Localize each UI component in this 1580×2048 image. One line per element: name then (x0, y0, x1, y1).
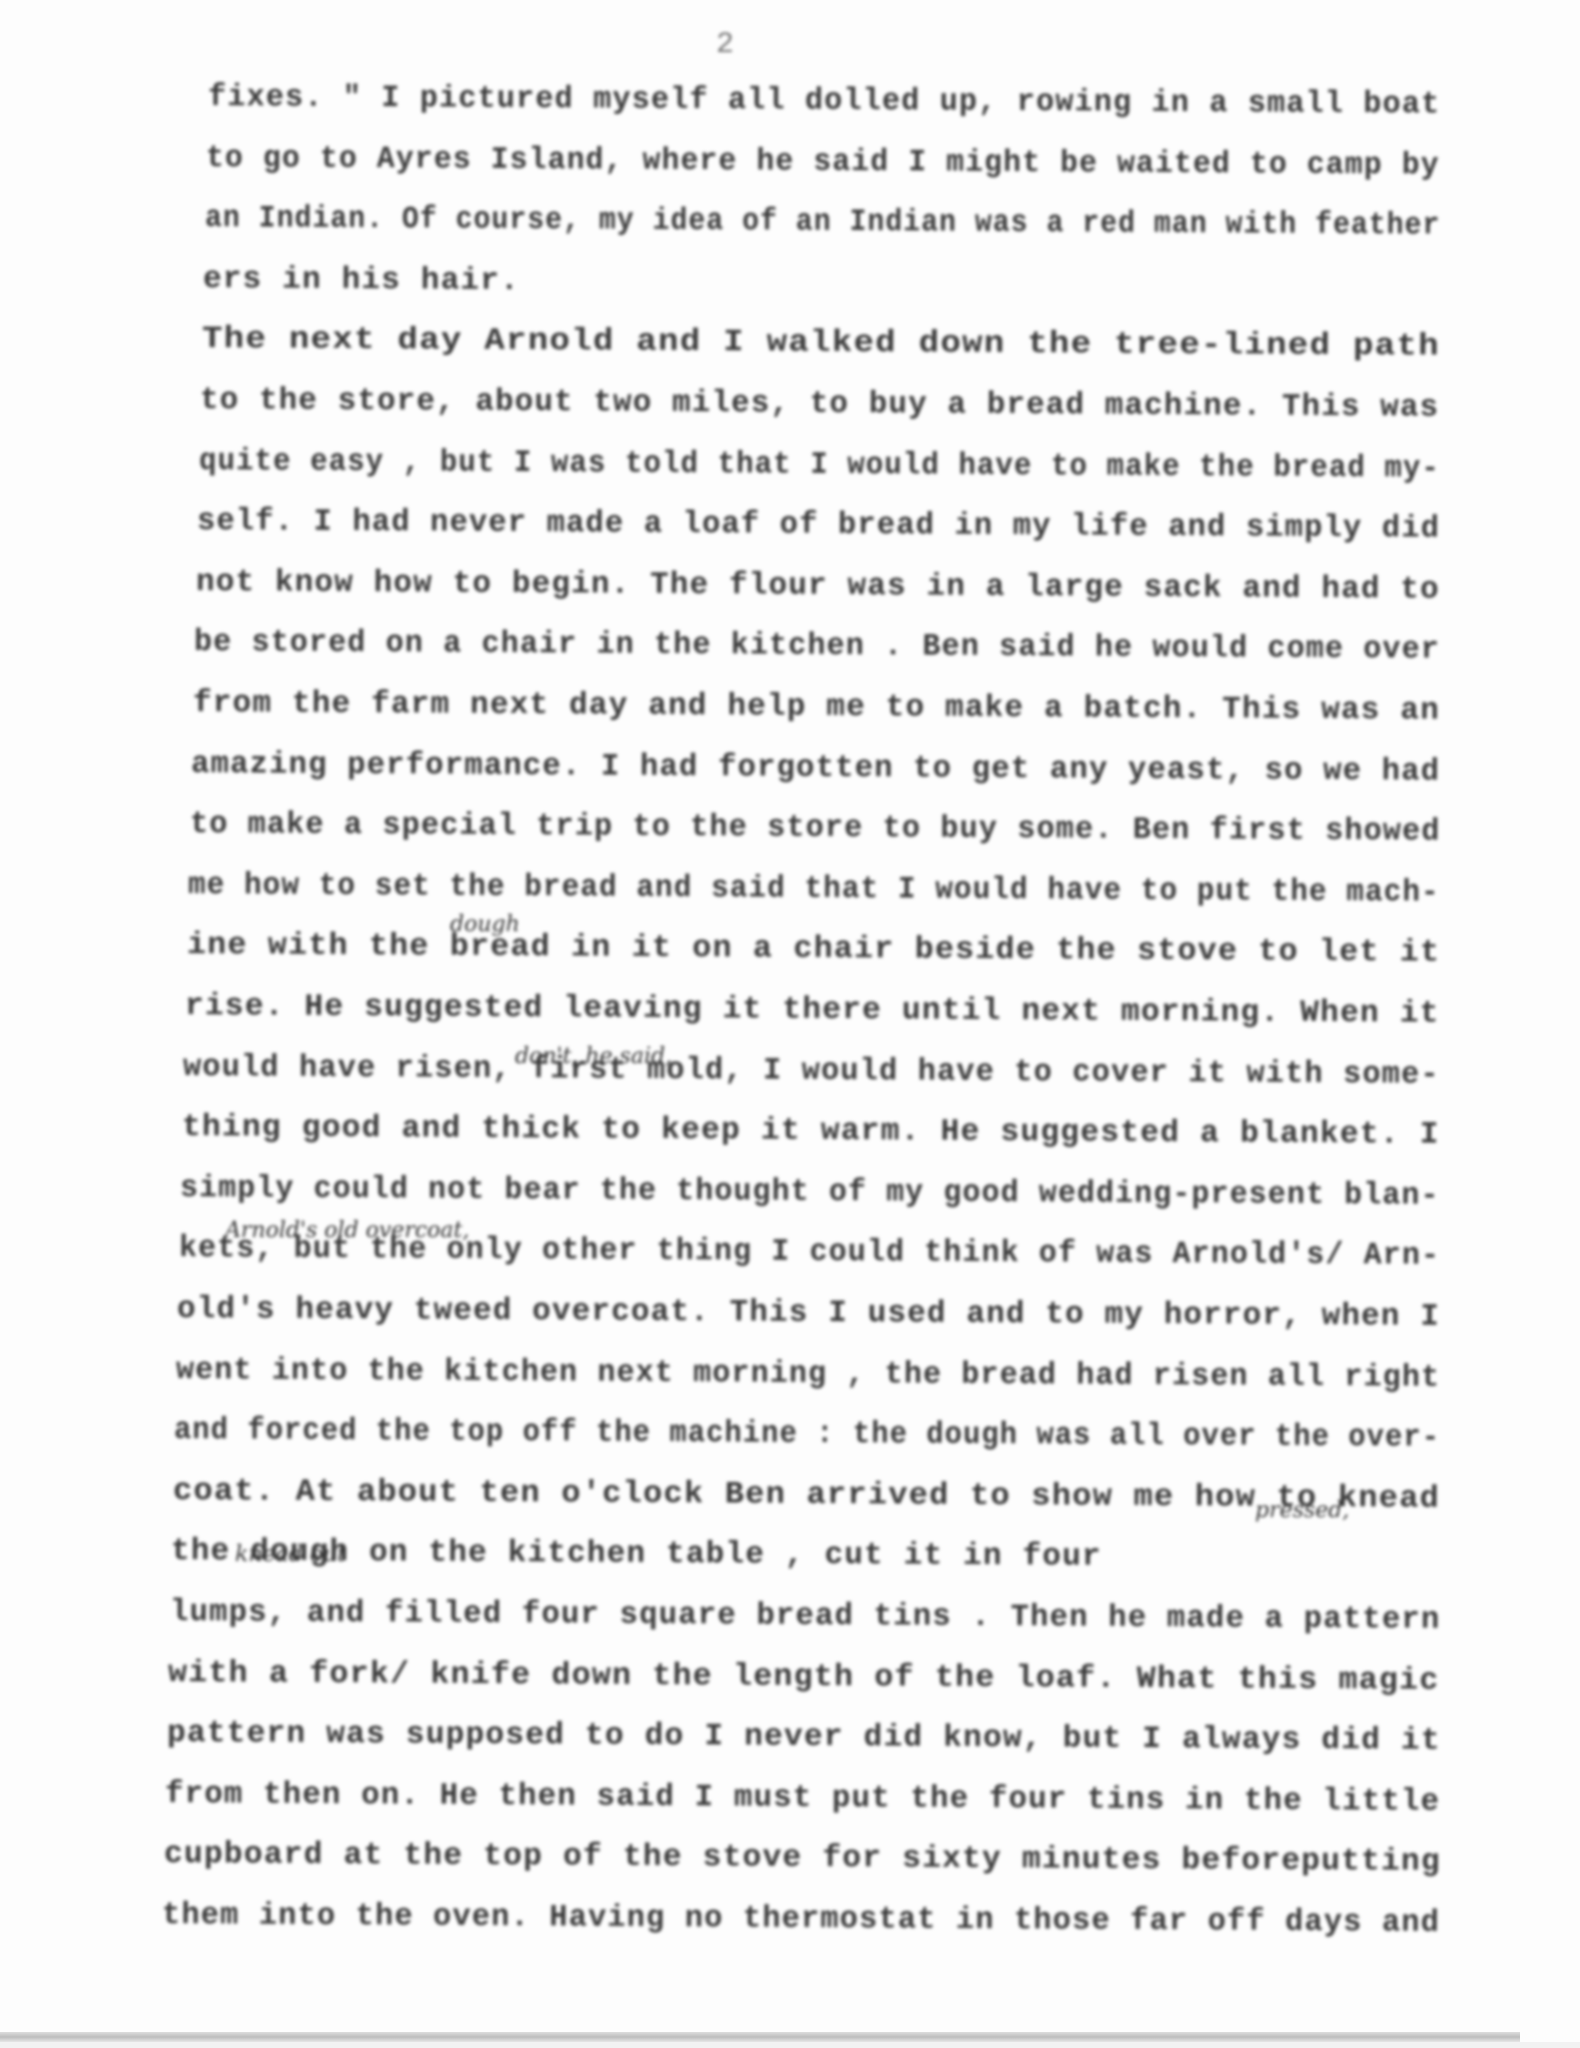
text-line: coat. At about ten o'clock Ben arrived t… (173, 1474, 1440, 1517)
text-line: pattern was supposed to do I never did k… (166, 1716, 1440, 1759)
handwritten-annotation: pressed, (1255, 1498, 1349, 1523)
text-line: from the farm next day and help me to ma… (193, 686, 1440, 729)
text-line: lumps, and filled four square bread tins… (170, 1595, 1441, 1638)
text-line: me how to set the bread and said that I … (188, 868, 1440, 911)
page-number: 2 (716, 28, 734, 62)
handwritten-annotation: knead out (235, 1542, 346, 1567)
text-line: not know how to begin. The flour was in … (196, 565, 1440, 608)
scanned-page: 2 fixes. " I pictured myself all dolled … (0, 0, 1580, 2048)
text-line: simply could not bear the thought of my … (180, 1171, 1440, 1214)
text-line: amazing performance. I had forgotten to … (191, 747, 1440, 790)
text-line: to the store, about two miles, to buy a … (200, 383, 1439, 426)
text-line: rise. He suggested leaving it there unti… (185, 989, 1440, 1032)
scan-edge-bar (0, 2032, 1520, 2042)
text-line: be stored on a chair in the kitchen . Be… (194, 625, 1440, 668)
text-line: would have risen, first mold, I would ha… (183, 1050, 1440, 1093)
text-line: went into the kitchen next morning , the… (176, 1353, 1440, 1396)
text-line: from then on. He then said I must put th… (165, 1777, 1440, 1820)
scan-edge-shadow (0, 2042, 1580, 2048)
text-line: them into the oven. Having no thermostat… (162, 1898, 1440, 1941)
handwritten-annotation: don't, he said, (515, 1044, 672, 1069)
text-line: The next day Arnold and I walked down th… (202, 322, 1440, 365)
text-line: cupboard at the top of the stove for six… (163, 1837, 1440, 1880)
text-line: self. I had never made a loaf of bread i… (197, 504, 1440, 547)
handwritten-annotation: Arnold's old overcoat, (225, 1218, 469, 1243)
handwritten-annotation: dough (450, 912, 520, 937)
text-line: and forced the top off the machine : the… (174, 1413, 1440, 1456)
text-line: an Indian. Of course, my idea of an Indi… (205, 201, 1441, 244)
text-line: to go to Ayres Island, where he said I m… (206, 141, 1440, 184)
text-line: thing good and thick to keep it warm. He… (182, 1110, 1440, 1153)
text-line: with a fork/ knife down the length of th… (168, 1656, 1440, 1699)
text-line: old's heavy tweed overcoat. This I used … (177, 1292, 1440, 1335)
text-line: fixes. " I pictured myself all dolled up… (208, 80, 1441, 123)
text-line: quite easy , but I was told that I would… (199, 444, 1440, 487)
text-line: ine with the bread in it on a chair besi… (186, 928, 1439, 971)
text-line: ers in his hair. (203, 262, 520, 299)
text-line: to make a special trip to the store to b… (189, 807, 1440, 850)
